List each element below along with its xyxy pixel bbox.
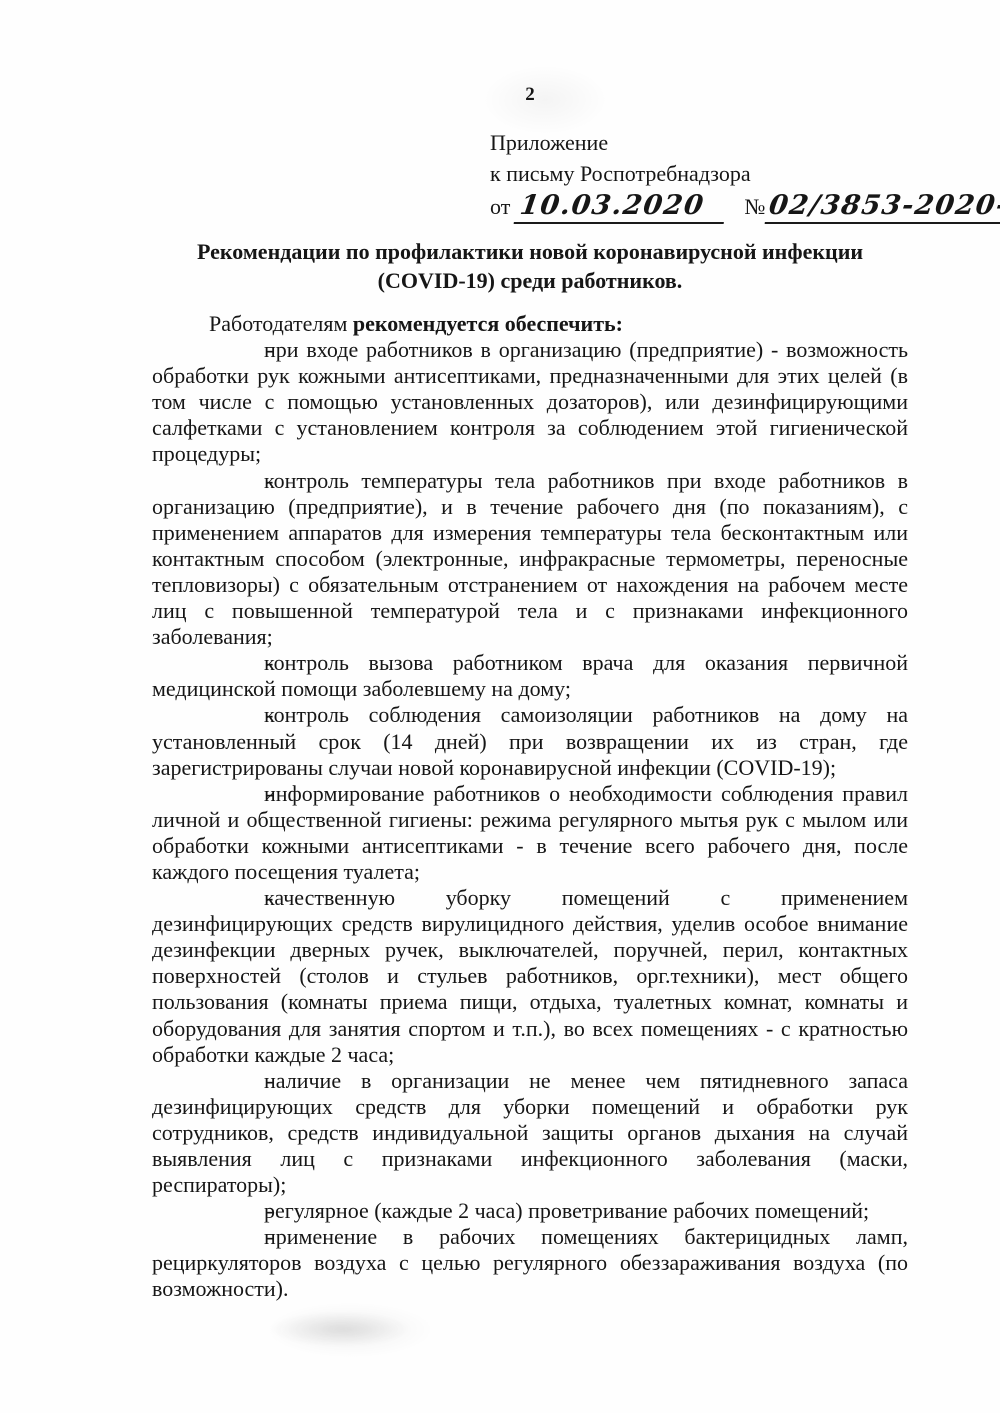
list-item: -контроль вызова работником врача для ок… — [152, 650, 908, 702]
document-title-line-1: Рекомендации по профилактики новой корон… — [152, 237, 908, 266]
list-item-text: при входе работников в организацию (пред… — [152, 337, 908, 466]
handwritten-date: 10.03.2020 — [514, 190, 729, 224]
intro-text: Работодателям — [209, 311, 353, 336]
appendix-header: Приложение к письму Роспотребнадзора от1… — [490, 127, 1000, 224]
handwritten-number: 02/3853-2020-27 — [765, 190, 1000, 224]
document-title: Рекомендации по профилактики новой корон… — [152, 237, 908, 295]
from-label: от — [490, 194, 510, 219]
page-number: 2 — [152, 84, 908, 106]
list-item: -контроль соблюдения самоизоляции работн… — [152, 702, 908, 780]
list-item: -применение в рабочих помещениях бактери… — [152, 1224, 908, 1302]
list-item-dash: - — [209, 468, 264, 494]
scan-smudge — [230, 1305, 450, 1365]
list-item-dash: - — [209, 1198, 264, 1224]
list-item-dash: - — [209, 885, 264, 911]
number-sign: № — [744, 194, 765, 219]
list-item-text: контроль вызова работником врача для ока… — [152, 650, 908, 701]
list-item: -при входе работников в организацию (пре… — [152, 337, 908, 467]
appendix-line-1: Приложение — [490, 127, 1000, 158]
list-item: -информирование работников о необходимос… — [152, 781, 908, 885]
list-item-text: информирование работников о необходимост… — [152, 781, 908, 884]
document-page: 2 Приложение к письму Роспотребнадзора о… — [0, 0, 1000, 1413]
document-body: Работодателям рекомендуется обеспечить: … — [152, 311, 908, 1303]
list-item-dash: - — [209, 781, 264, 807]
list-item: -качественную уборку помещений с примене… — [152, 885, 908, 1068]
list-item-text: применение в рабочих помещениях бактериц… — [152, 1224, 908, 1301]
document-title-line-2: (COVID-19) среди работников. — [152, 266, 908, 295]
list-item-dash: - — [209, 337, 264, 363]
list-item-dash: - — [209, 702, 264, 728]
list-item-text: регулярное (каждые 2 часа) проветривание… — [264, 1198, 869, 1223]
list-item: -регулярное (каждые 2 часа) проветривани… — [152, 1198, 908, 1224]
list-item: -контроль температуры тела работников пр… — [152, 468, 908, 651]
list-item-dash: - — [209, 1224, 264, 1250]
list-item-text: контроль соблюдения самоизоляции работни… — [152, 702, 908, 779]
list-item: -наличие в организации не менее чем пяти… — [152, 1068, 908, 1198]
appendix-line-2: к письму Роспотребнадзора — [490, 158, 1000, 189]
list-item-text: качественную уборку помещений с применен… — [152, 885, 908, 1067]
intro-paragraph: Работодателям рекомендуется обеспечить: — [152, 311, 908, 337]
list-item-dash: - — [209, 1068, 264, 1094]
list-item-text: наличие в организации не менее чем пятид… — [152, 1068, 908, 1197]
intro-bold-text: рекомендуется обеспечить: — [353, 311, 623, 336]
list-item-text: контроль температуры тела работников при… — [152, 468, 908, 650]
list-item-dash: - — [209, 650, 264, 676]
reference-line: от10.03.2020№02/3853-2020-27 — [490, 190, 1000, 224]
